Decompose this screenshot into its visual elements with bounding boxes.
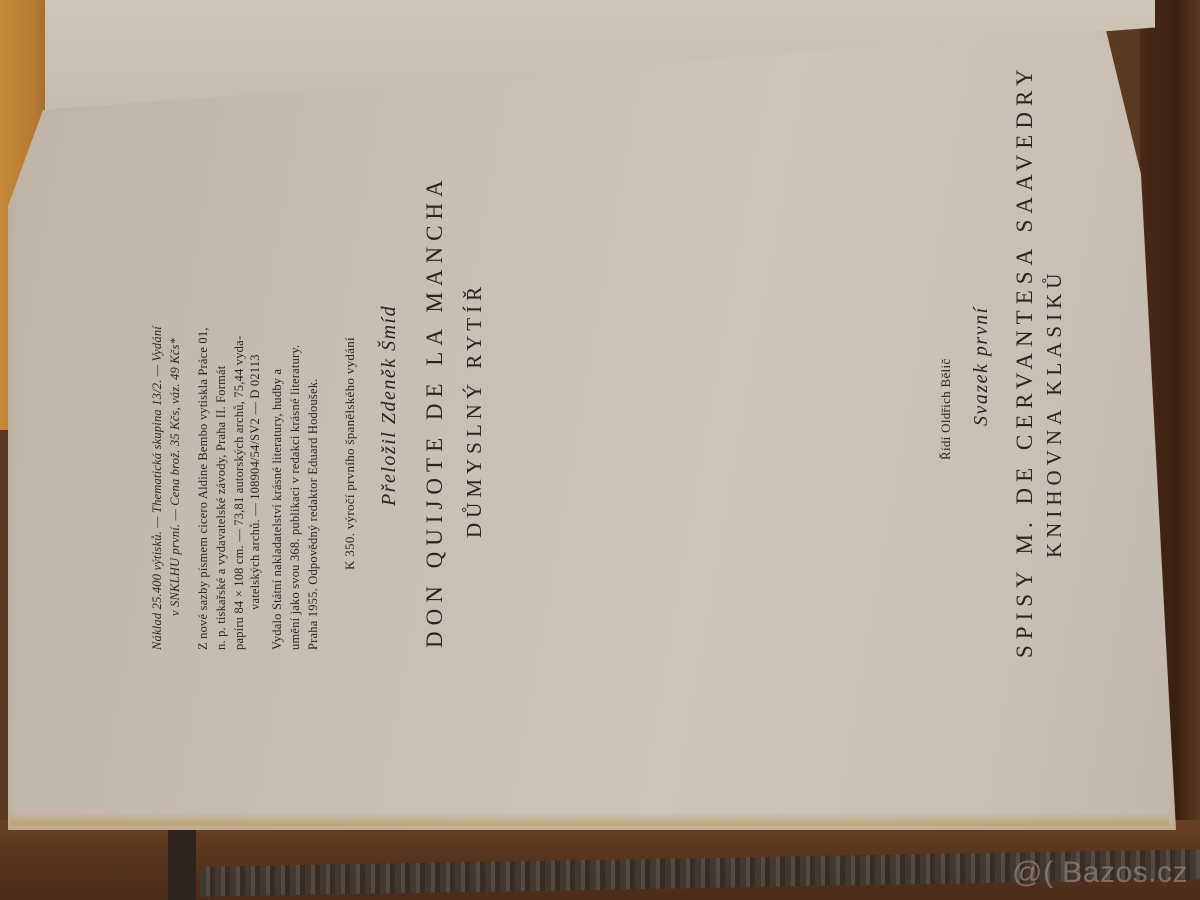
series-editor: Řídí Oldřich Bělič <box>938 359 954 460</box>
book-page <box>8 30 1176 830</box>
colophon-line: Náklad 25.400 výtisků. — Thematická skup… <box>150 326 165 650</box>
colophon-line: Praha 1955. Odpovědný redaktor Eduard Ho… <box>306 379 321 651</box>
translator: Přeložil Zdeněk Šmíd <box>378 305 401 506</box>
anniversary-note: K 350. výročí prvního španělského vydání <box>342 337 358 570</box>
table-gap <box>168 820 196 900</box>
series-library: KNIHOVNA KLASIKŮ <box>1042 269 1067 558</box>
colophon-line: n. p. tiskařské a vydavatelské závody, P… <box>214 366 229 650</box>
colophon-line: Z nové sazby písmem cicero Aldine Bembo … <box>196 327 211 650</box>
page-edge-stain <box>10 812 1170 826</box>
series-collection: SPISY M. DE CERVANTESA SAAVEDRY <box>1012 63 1038 658</box>
colophon-line: v SNKLHU první. — Cena brož. 35 Kčs, váz… <box>168 338 183 616</box>
colophon-line: vatelských archů. — 108904/54/SV2 — D 02… <box>248 354 263 610</box>
colophon-line: umění jako svou 368. publikaci v redakci… <box>288 345 303 650</box>
colophon-line: Vydalo Státní nakladatelství krásné lite… <box>270 369 285 650</box>
title-line-1: DŮMYSLNÝ RYTÍŘ <box>462 282 487 538</box>
series-volume: Svazek první <box>970 306 993 426</box>
title-line-2: DON QUIJOTE DE LA MANCHA <box>422 174 448 648</box>
colophon-line: papíru 84 × 108 cm. — 73,81 autorských a… <box>232 336 247 650</box>
bazos-watermark: @( Bazos.cz <box>1012 856 1188 890</box>
